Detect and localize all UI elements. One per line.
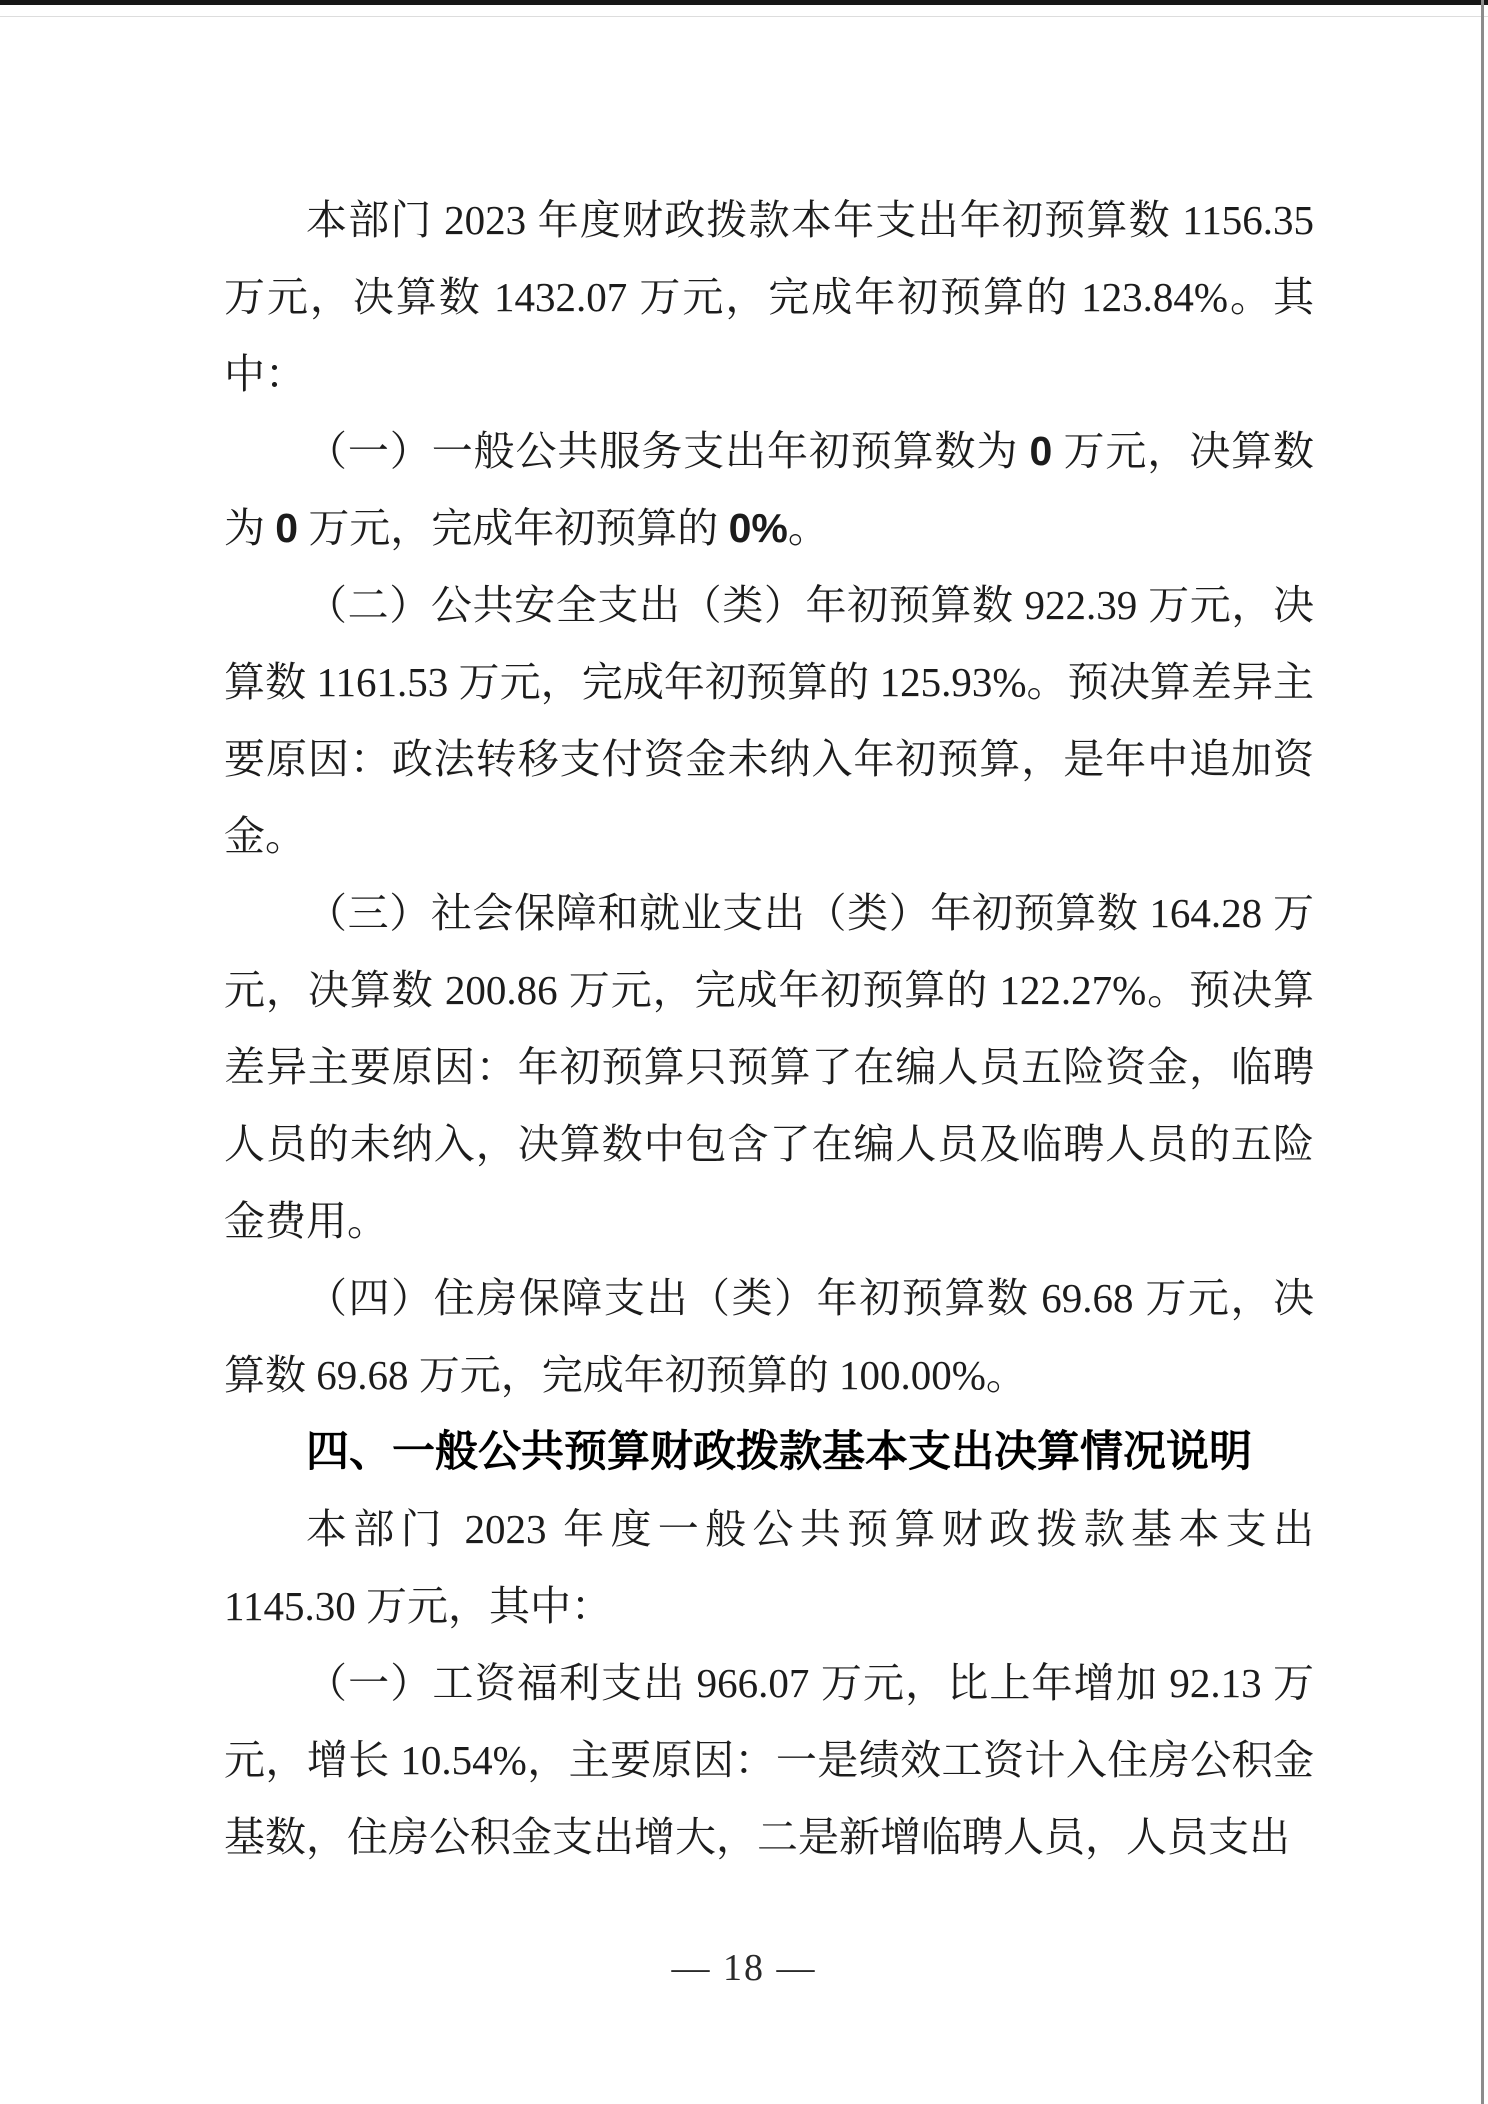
scan-right-edge (1481, 0, 1484, 2104)
text-run: （一）一般公共服务支出年初预算数为 (306, 428, 1030, 474)
text-run: 本部门 2023 年度财政拨款本年支出年初预算数 1156.35 万元，决算数 … (224, 197, 1324, 397)
text-run: （一）工资福利支出 966.07 万元，比上年增加 92.13 万元，增长 10… (224, 1660, 1314, 1860)
section-heading: 四、一般公共预算财政拨款基本支出决算情况说明 (224, 1414, 1314, 1491)
body-paragraph: （二）公共安全支出（类）年初预算数 922.39 万元，决算数 1161.53 … (224, 567, 1314, 875)
text-run: 。 (788, 505, 829, 551)
document-page: 本部门 2023 年度财政拨款本年支出年初预算数 1156.35 万元，决算数 … (0, 0, 1488, 2104)
text-run: （二）公共安全支出（类）年初预算数 922.39 万元，决算数 1161.53 … (224, 582, 1314, 859)
text-run: 本部门 2023 年度一般公共预算财政拨款基本支出 1145.30 万元，其中： (224, 1506, 1324, 1629)
text-run: （三）社会保障和就业支出（类）年初预算数 164.28 万元，决算数 200.8… (224, 890, 1314, 1244)
body-paragraph: （一）工资福利支出 966.07 万元，比上年增加 92.13 万元，增长 10… (224, 1645, 1314, 1876)
bold-number-run: 0% (729, 505, 788, 551)
body-paragraph: 本部门 2023 年度财政拨款本年支出年初预算数 1156.35 万元，决算数 … (224, 182, 1314, 413)
body-paragraph: （四）住房保障支出（类）年初预算数 69.68 万元，决算数 69.68 万元，… (224, 1260, 1314, 1414)
scan-top-hairline (0, 16, 1488, 17)
body-paragraph: （三）社会保障和就业支出（类）年初预算数 164.28 万元，决算数 200.8… (224, 875, 1314, 1260)
text-run: （四）住房保障支出（类）年初预算数 69.68 万元，决算数 69.68 万元，… (224, 1275, 1314, 1398)
bold-number-run: 0 (275, 505, 298, 551)
body-paragraph: （一）一般公共服务支出年初预算数为 0 万元，决算数为 0 万元，完成年初预算的… (224, 413, 1314, 567)
bold-number-run: 0 (1030, 428, 1053, 474)
text-run: 四、一般公共预算财政拨款基本支出决算情况说明 (306, 1428, 1252, 1476)
document-content: 本部门 2023 年度财政拨款本年支出年初预算数 1156.35 万元，决算数 … (224, 182, 1314, 1876)
body-paragraph: 本部门 2023 年度一般公共预算财政拨款基本支出 1145.30 万元，其中： (224, 1491, 1314, 1645)
page-number: — 18 — (0, 1946, 1488, 1990)
text-run: 万元，完成年初预算的 (298, 505, 729, 551)
scan-top-edge (0, 0, 1488, 5)
